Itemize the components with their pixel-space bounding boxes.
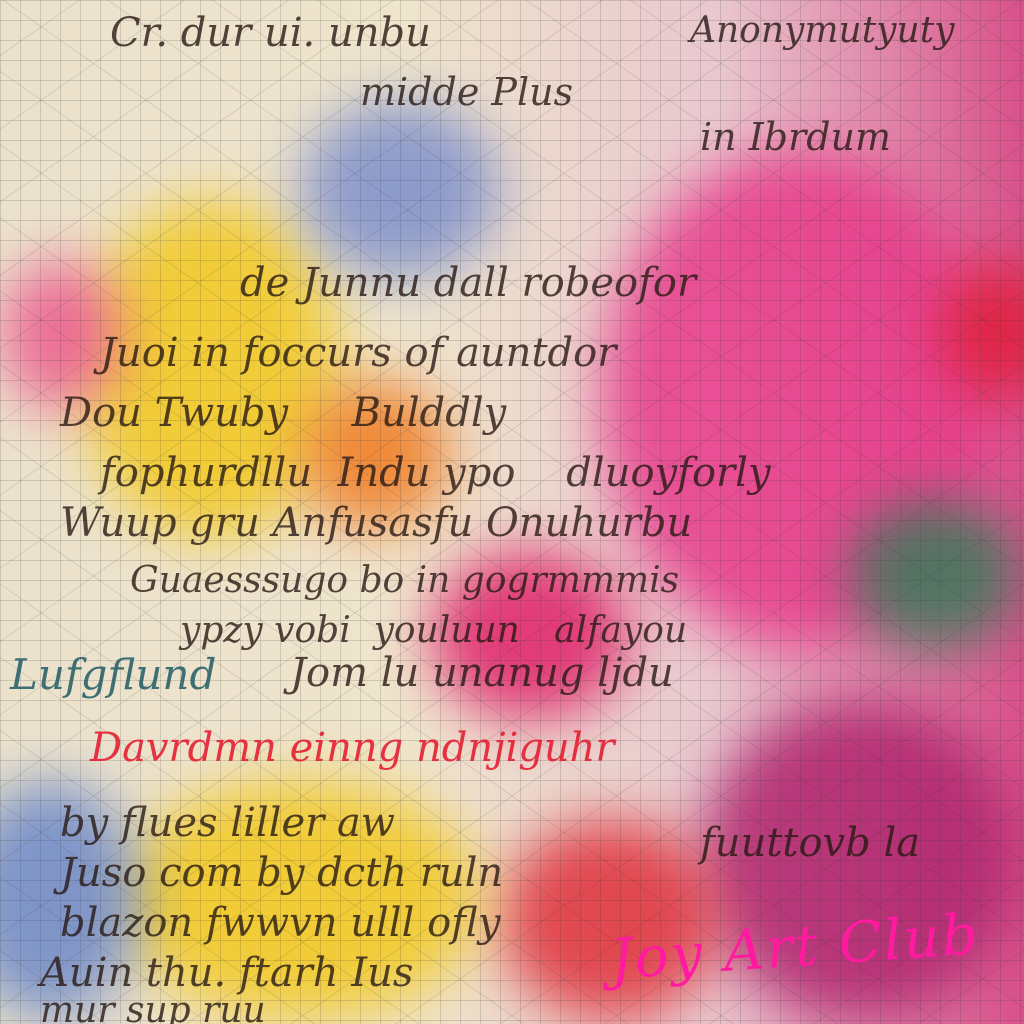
handwriting: fuuttovb la [700, 820, 920, 866]
artwork-canvas: Cr. dur ui. unbu Anonymutyuty midde Plus… [0, 0, 1024, 1024]
handwriting: Juoi in foccurs of auntdor [100, 330, 616, 376]
handwriting: in Ibrdum [700, 115, 891, 159]
handwriting: de Junnu dall robeofor [240, 260, 696, 306]
handwriting: Davrdmn einng ndnjiguhr [90, 725, 615, 771]
handwriting: Jom lu unanug ljdu [290, 650, 674, 696]
handwriting: mur sup ruu [40, 990, 266, 1024]
handwriting: fophurdllu Indu ypo dluoyforly [100, 450, 771, 496]
handwriting: Guaesssugo bo in gogrmmmis [130, 560, 679, 601]
handwriting: Juso com by dcth ruln [60, 850, 503, 896]
handwriting: midde Plus [360, 70, 573, 114]
handwriting: Dou Twuby Bulddly [60, 390, 506, 436]
handwriting: blazon fwwvn ulll ofly [60, 900, 500, 946]
handwriting: Wuup gru Anfusasfu Onuhurbu [60, 500, 692, 546]
handwriting: Anonymutyuty [690, 10, 955, 51]
handwriting: by flues liller aw [60, 800, 395, 846]
handwriting: Lufgflund [10, 650, 216, 699]
handwriting: ypzy vobi youluun alfayou [180, 610, 687, 651]
handwriting: Cr. dur ui. unbu [110, 10, 431, 56]
